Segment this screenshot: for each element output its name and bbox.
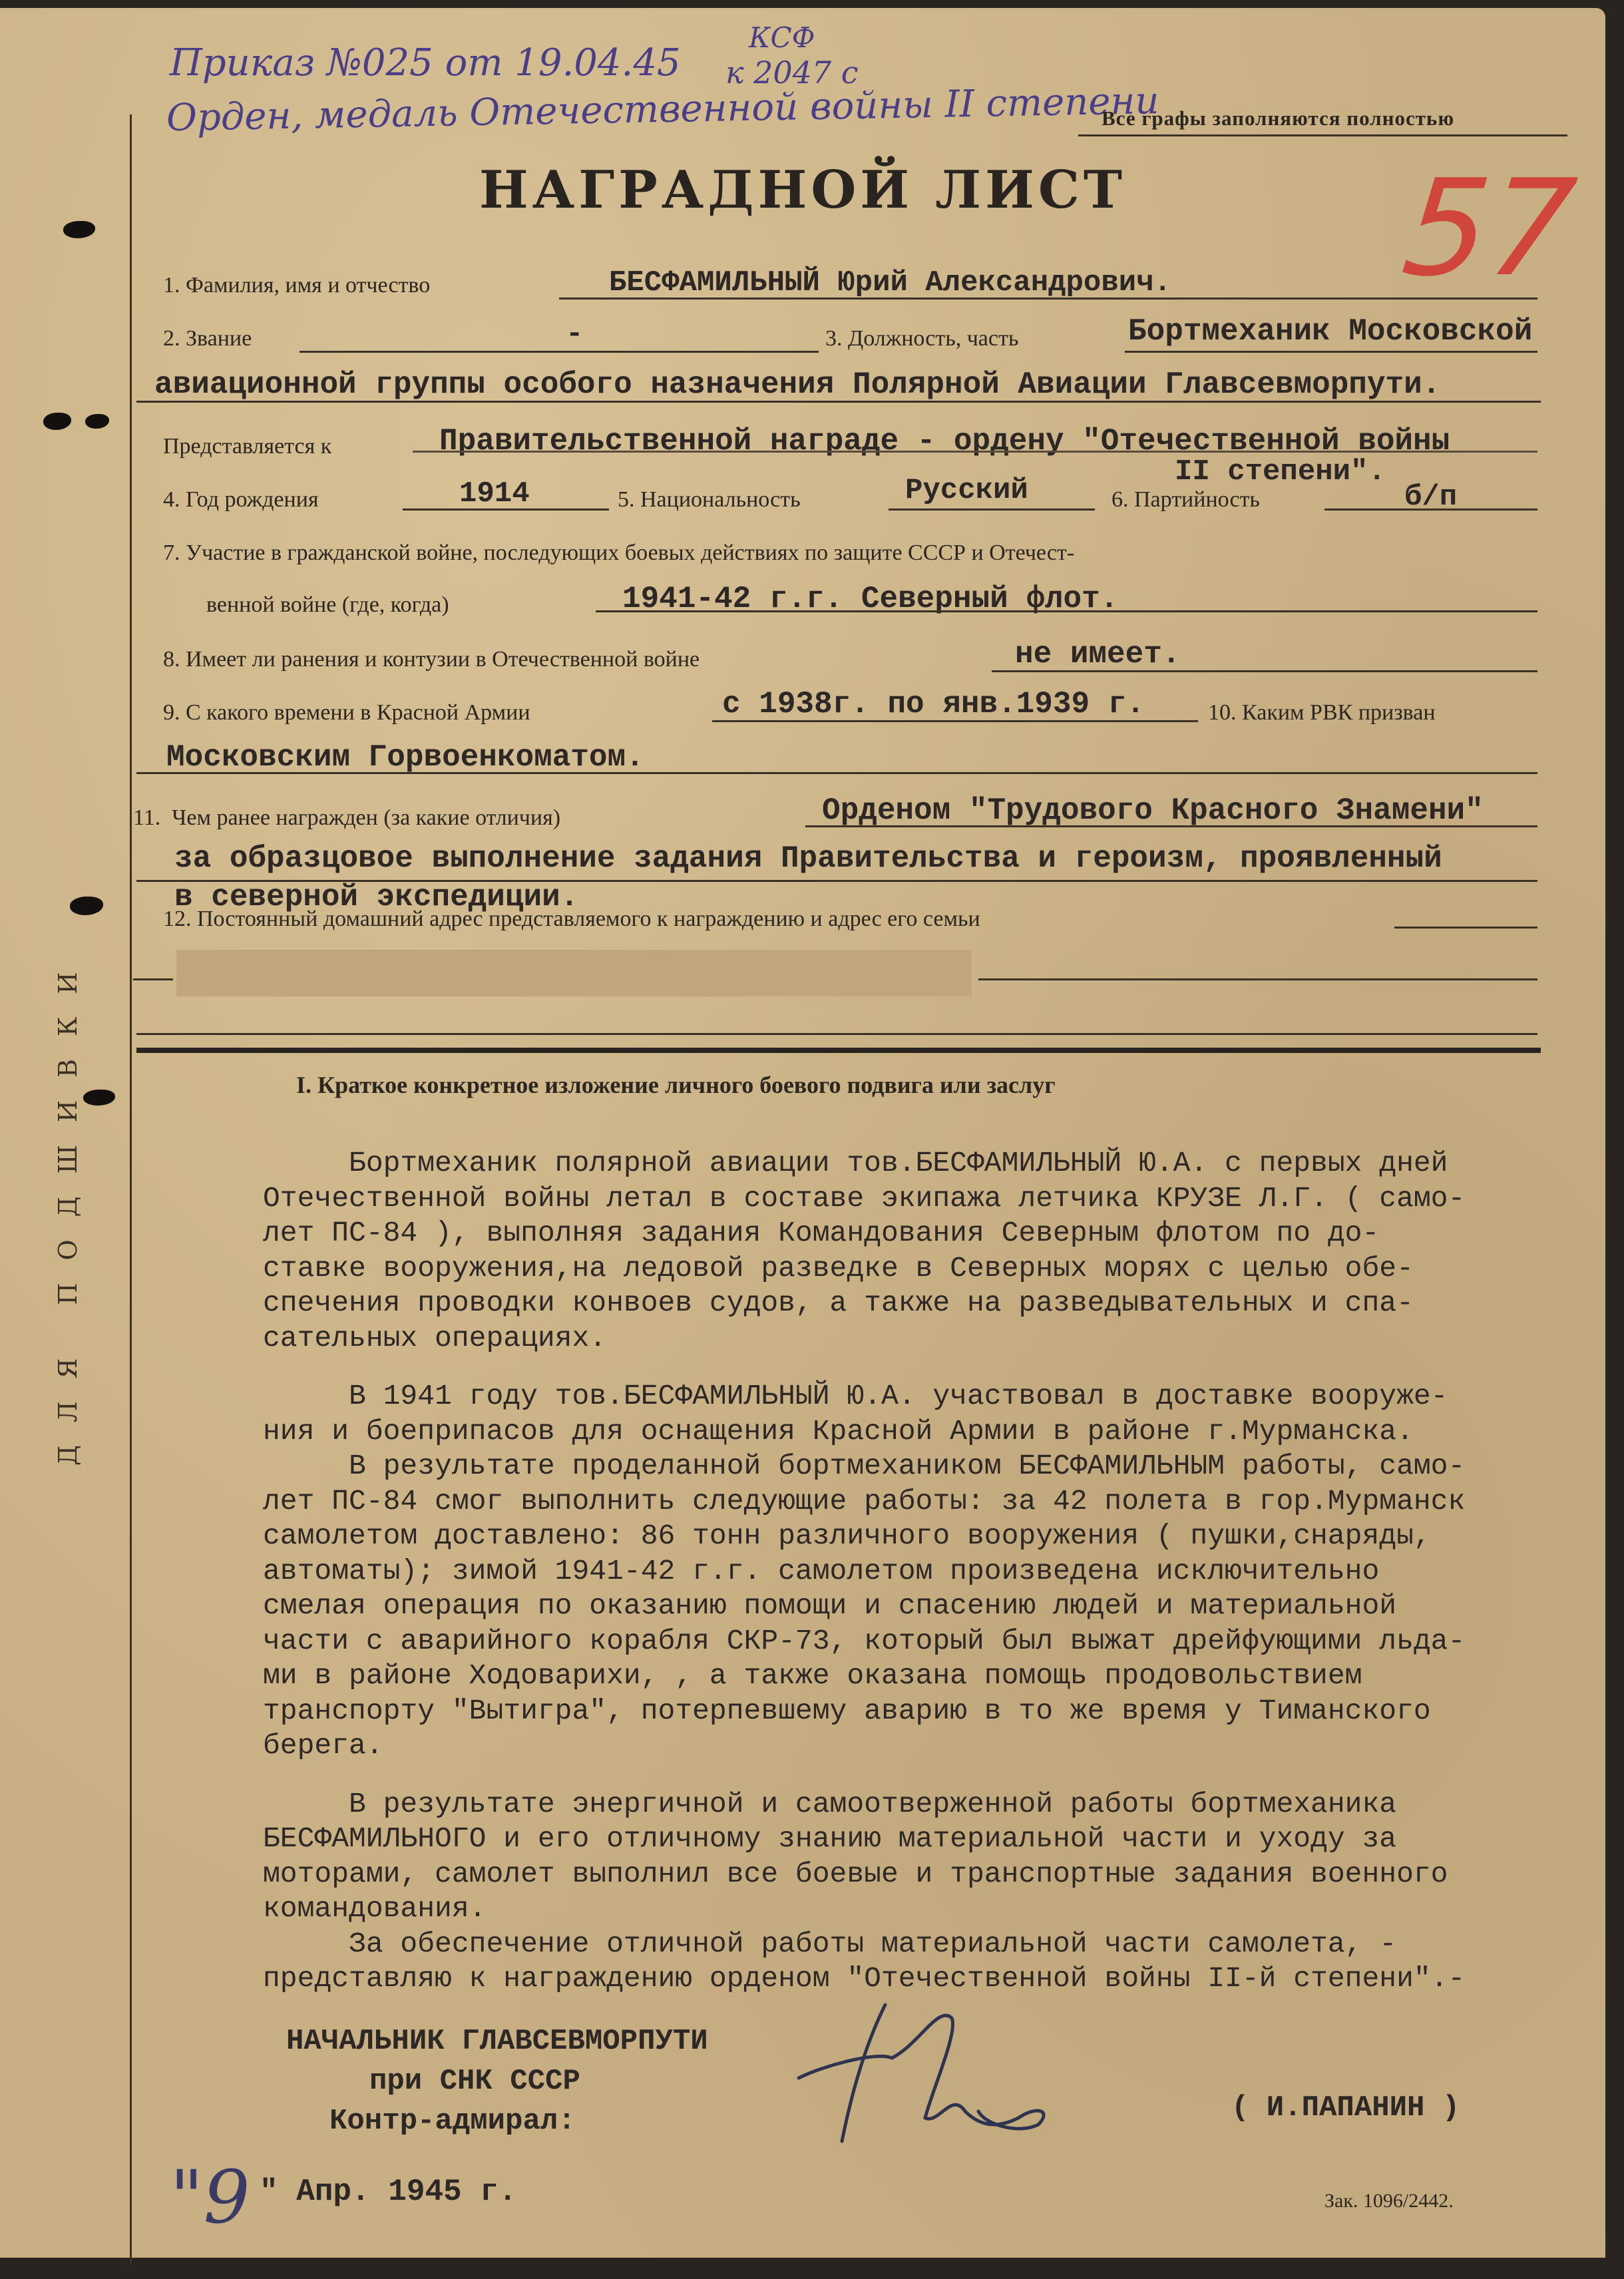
field-underline [992,670,1537,672]
punch-hole [70,897,103,915]
narrative-line: БЕСФАМИЛЬНОГО и его отличному знанию мат… [263,1822,1465,1857]
narrative-line: В результате энергичной и самоотверженно… [263,1787,1465,1822]
signer-position-line3: Контр-адмирал: [329,2105,576,2138]
field-underline [712,720,1198,722]
narrative-line: За обеспечение отличной работы материаль… [263,1927,1465,1962]
handwritten-order-note: Приказ №025 от 19.04.45 [170,41,681,85]
field-5-value: Русский [905,474,1028,507]
punch-hole [85,414,109,429]
date-rest: " Апр. 1945 г. [260,2175,516,2209]
field-11-value-cont: за образцовое выполнение задания Правите… [174,841,1442,876]
punch-hole [83,1090,115,1106]
field-3-value: Бортмеханик Московской [1128,314,1532,349]
narrative-line: моторами, самолет выполнил все боевые и … [263,1857,1465,1892]
narrative-line: спечения проводки конвоев судов, а также… [263,1286,1465,1321]
field-11-label: 11. Чем ранее награжден (за какие отличи… [133,805,560,831]
field-2-value: - [566,317,583,351]
narrative-line: ния и боеприпасов для оснащения Красной … [263,1414,1465,1450]
field-underline [133,978,173,980]
field-7-label: 7. Участие в гражданской войне, последую… [163,540,1074,566]
field-underline [805,825,1537,827]
field-11-value: Орденом "Трудового Красного Знамени" [822,793,1484,828]
award-sheet: ДЛЯ ПОДШИВКИ Приказ №025 от 19.04.45 КСФ… [0,8,1605,2258]
narrative-line: самолетом доставлено: 86 тонн различного… [263,1519,1465,1554]
field-3-value-cont: авиационной группы особого назначения По… [154,367,1440,402]
sheet-number-red: 57 [1396,151,1582,306]
header-note: Все графы заполняются полностью [1102,106,1454,130]
narrative-line: В результате проделанной бортмехаником Б… [263,1449,1465,1484]
section-heading: I. Краткое конкретное изложение личного … [296,1071,1056,1099]
field-underline [1394,927,1537,929]
field-3-label: 3. Должность, часть [825,326,1018,351]
presented-for-value-cont: II степени". [1175,455,1386,489]
field-6-label: 6. Партийность [1112,487,1260,513]
narrative-line: берега. [263,1729,1465,1764]
narrative-line: командования. [263,1892,1465,1927]
narrative-line: Отечественной войны летал в составе экип… [263,1181,1465,1217]
field-12-label: 12. Постоянный домашний адрес представля… [163,907,980,932]
punch-hole [43,413,71,430]
narrative-line: смелая операция по оказанию помощи и спа… [263,1589,1465,1624]
handwritten-award-note: Орден, медаль Отечественной войны II сте… [166,79,1159,140]
field-underline [1125,351,1537,353]
field-underline [1324,509,1537,511]
narrative-text: Бортмеханик полярной авиации тов.БЕСФАМИ… [263,1146,1465,1997]
field-underline [136,772,1537,774]
field-1-label: 1. Фамилия, имя и отчество [163,273,430,298]
field-7-label-cont: венной войне (где, когда) [206,592,449,618]
binding-margin-line [130,114,132,2264]
field-underline [889,509,1095,511]
binding-margin-label: ДЛЯ ПОДШИВКИ [53,949,83,1466]
narrative-line: лет ПС-84 смог выполнить следующие работ… [263,1484,1465,1520]
handwritten-ksf-note: КСФ [749,21,815,54]
field-underline [413,451,1537,453]
punch-hole [63,221,95,238]
header-underline [1078,134,1567,136]
field-8-label: 8. Имеет ли ранения и контузии в Отечест… [163,647,700,672]
handwritten-signature [785,1991,1078,2151]
presented-for-value: Правительственной награде - ордену "Отеч… [439,424,1450,459]
field-10-value: Московским Горвоенкоматом. [166,740,644,775]
field-underline [559,298,1537,300]
narrative-line [263,1356,1465,1379]
field-underline [403,509,609,511]
field-underline [136,1033,1537,1035]
narrative-line: части с аварийного корабля СКР-73, котор… [263,1624,1465,1659]
narrative-line: ми в районе Ходоварихи, , а также оказан… [263,1659,1465,1694]
redacted-address [176,950,972,996]
narrative-line: лет ПС-84 ), выполняя задания Командован… [263,1216,1465,1251]
narrative-line: сательных операциях. [263,1321,1465,1356]
field-underline [136,401,1541,403]
narrative-line: транспорту "Вытигра", потерпевшему авари… [263,1694,1465,1729]
document-title: НАГРАДНОЙ ЛИСТ [0,160,1605,220]
field-8-value: не имеет. [1015,637,1180,672]
field-10-label: 10. Каким РВК призван [1208,700,1436,725]
signer-position-line2: при СНК СССР [369,2065,580,2098]
signer-name: ( И.ПАПАНИН ) [1231,2091,1460,2125]
field-underline [978,978,1537,980]
field-underline [300,351,819,353]
presented-for-label: Представляется к [163,434,331,459]
field-1-value: БЕСФАМИЛЬНЫЙ Юрий Александрович. [609,266,1171,300]
narrative-line: автоматы); зимой 1941-42 г.г. самолетом … [263,1554,1465,1589]
date-day-handwritten: "9 [170,2155,250,2240]
field-4-value: 1914 [459,477,530,511]
narrative-line: В 1941 году тов.БЕСФАМИЛЬНЫЙ Ю.А. участв… [263,1379,1465,1414]
narrative-line: ставке вооружения,на ледовой разведке в … [263,1251,1465,1287]
signer-position-line1: НАЧАЛЬНИК ГЛАВСЕВМОРПУТИ [286,2025,708,2058]
narrative-line: Бортмеханик полярной авиации тов.БЕСФАМИ… [263,1146,1465,1181]
field-2-label: 2. Звание [163,326,252,351]
field-9-label: 9. С какого времени в Красной Армии [163,700,530,725]
narrative-line [263,1764,1465,1787]
field-5-label: 5. Национальность [618,487,801,513]
field-underline [596,610,1537,612]
field-9-value: с 1938г. по янв.1939 г. [722,687,1145,722]
field-4-label: 4. Год рождения [163,487,319,513]
section-divider [136,1048,1541,1053]
print-order-number: Зак. 1096/2442. [1324,2190,1454,2212]
